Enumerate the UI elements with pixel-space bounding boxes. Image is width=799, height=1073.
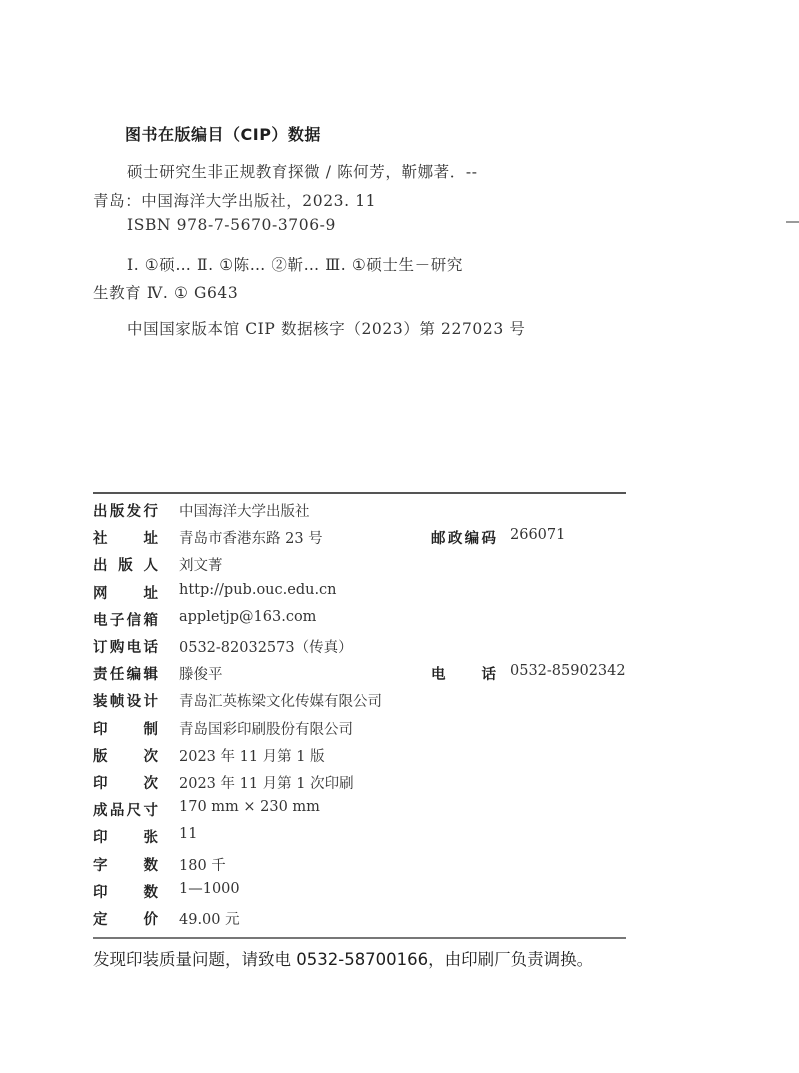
top-divider xyxy=(93,492,626,494)
colophon-row: 社址青岛市香港东路 23 号邮政编码266071 xyxy=(93,527,626,549)
colophon-row: 网址http://pub.ouc.edu.cn xyxy=(93,582,626,604)
colophon-row: 印制青岛国彩印刷股份有限公司 xyxy=(93,718,626,740)
colophon-row: 字数180 千 xyxy=(93,854,626,876)
colophon-row: 印张11 xyxy=(93,826,626,848)
colophon-label: 印制 xyxy=(93,718,158,739)
cip-subject-line: Ⅰ. ①硕… Ⅱ. ①陈… ②靳… Ⅲ. ①硕士生－研究 xyxy=(127,253,463,275)
cip-publisher-line: 青岛：中国海洋大学出版社，2023. 11 xyxy=(93,189,376,211)
colophon-value: appletjp@163.com xyxy=(179,609,316,625)
colophon-label: 电子信箱 xyxy=(93,609,158,630)
colophon-label: 印次 xyxy=(93,772,158,793)
colophon-row: 印次2023 年 11 月第 1 次印刷 xyxy=(93,772,626,794)
colophon-row: 印数1—1000 xyxy=(93,881,626,903)
colophon-label: 网址 xyxy=(93,582,158,603)
colophon-label: 印数 xyxy=(93,881,158,902)
colophon-row: 定价49.00 元 xyxy=(93,908,626,930)
colophon-value: 青岛市香港东路 23 号 xyxy=(179,527,323,548)
cip-record-number-line: 中国国家版本馆 CIP 数据核字（2023）第 227023 号 xyxy=(127,317,525,339)
colophon-label: 印张 xyxy=(93,826,158,847)
colophon-value-secondary: 0532-85902342 xyxy=(510,663,626,679)
quality-notice: 发现印装质量问题，请致电 0532-58700166，由印刷厂负责调换。 xyxy=(93,946,593,970)
colophon-label: 订购电话 xyxy=(93,636,158,657)
colophon-row: 装帧设计青岛汇英栋梁文化传媒有限公司 xyxy=(93,690,626,712)
colophon-label: 定价 xyxy=(93,908,158,929)
colophon-row: 订购电话0532-82032573（传真） xyxy=(93,636,626,658)
colophon-value: 180 千 xyxy=(179,854,226,875)
cip-isbn-line: ISBN 978-7-5670-3706-9 xyxy=(127,216,336,234)
colophon-value: http://pub.ouc.edu.cn xyxy=(179,582,337,598)
margin-mark xyxy=(786,221,799,223)
colophon-row: 出版发行中国海洋大学出版社 xyxy=(93,500,626,522)
colophon-label: 出版人 xyxy=(93,554,158,575)
colophon-row: 电子信箱appletjp@163.com xyxy=(93,609,626,631)
colophon-value: 11 xyxy=(179,826,197,842)
cip-title: 图书在版编目（CIP）数据 xyxy=(125,122,321,145)
colophon-label-secondary: 电话 xyxy=(431,663,496,684)
colophon-value-secondary: 266071 xyxy=(510,527,565,543)
colophon-value: 1—1000 xyxy=(179,881,240,897)
colophon-row: 责任编辑滕俊平电话0532-85902342 xyxy=(93,663,626,685)
bottom-divider xyxy=(93,937,626,939)
colophon-value: 青岛汇英栋梁文化传媒有限公司 xyxy=(179,690,382,711)
colophon-label: 字数 xyxy=(93,854,158,875)
colophon-value: 中国海洋大学出版社 xyxy=(179,500,310,521)
colophon-value: 2023 年 11 月第 1 次印刷 xyxy=(179,772,354,793)
colophon-row: 出版人刘文菁 xyxy=(93,554,626,576)
colophon-label: 责任编辑 xyxy=(93,663,158,684)
colophon-label: 社址 xyxy=(93,527,158,548)
colophon-label-secondary: 邮政编码 xyxy=(431,527,496,548)
colophon-row: 版次2023 年 11 月第 1 版 xyxy=(93,745,626,767)
colophon-row: 成品尺寸170 mm × 230 mm xyxy=(93,799,626,821)
cip-classification-line: 生教育 Ⅳ. ① G643 xyxy=(93,281,238,303)
colophon-value: 刘文菁 xyxy=(179,554,223,575)
colophon-value: 2023 年 11 月第 1 版 xyxy=(179,745,325,766)
colophon-value: 170 mm × 230 mm xyxy=(179,799,320,815)
colophon-label: 版次 xyxy=(93,745,158,766)
colophon-value: 滕俊平 xyxy=(179,663,223,684)
colophon-label: 装帧设计 xyxy=(93,690,158,711)
colophon-label: 成品尺寸 xyxy=(93,799,158,820)
colophon-value: 0532-82032573（传真） xyxy=(179,636,353,657)
cip-book-title-line: 硕士研究生非正规教育探微 / 陈何芳，靳娜著．-- xyxy=(127,160,478,182)
colophon-label: 出版发行 xyxy=(93,500,158,521)
colophon-value: 49.00 元 xyxy=(179,908,240,929)
colophon-value: 青岛国彩印刷股份有限公司 xyxy=(179,718,353,739)
